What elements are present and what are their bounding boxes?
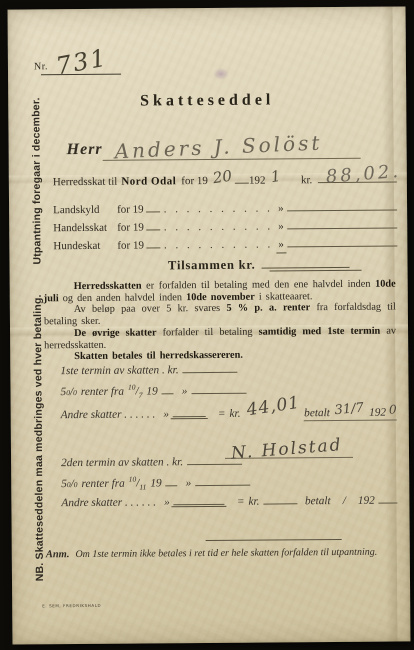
for-year-label: for 19 xyxy=(117,204,144,216)
termin1-section: 1ste termin av skatten . kr. 50/0 renter… xyxy=(60,361,396,424)
printer-imprint: E. SEM, FREDRIKSHALD xyxy=(42,603,101,608)
amount-line xyxy=(287,215,398,230)
tax-table: Herredsskat til Nord Odal for 19 20 192 … xyxy=(53,169,398,275)
date-slash: / xyxy=(343,495,346,507)
termin2-interest-line: 50/0 renter fra 10/11 19 » xyxy=(61,473,397,496)
for-year-label: for 19 xyxy=(117,222,144,234)
anm-label: Anm. xyxy=(46,549,70,560)
paragraph-interest: Av beløp paa over 5 kr. svares 5 % p. a.… xyxy=(44,302,396,328)
tax-label: Landskyld xyxy=(53,204,117,217)
blank-line xyxy=(263,493,297,504)
tax-row-herredsskat: Herredsskat til Nord Odal for 19 20 192 … xyxy=(53,169,397,200)
recipient-row: Herr Anders J. Solöst xyxy=(66,129,368,163)
bold-samtidig: samtidig med 1ste termin xyxy=(259,325,381,337)
conditions-text: Herredsskatten er forfalden til betaling… xyxy=(44,279,397,364)
municipality-name: Nord Odal xyxy=(121,175,176,187)
for-year-label: for 19 xyxy=(181,175,208,187)
termin2-line1: 2den termin av skatten . kr. xyxy=(61,453,397,476)
signature-line-empty xyxy=(206,525,342,541)
termin1-interest-line: 50/0 renter fra 10/7 19 » xyxy=(60,381,396,404)
blank-line xyxy=(162,383,174,394)
amount-handwritten: 88,02. xyxy=(326,161,403,188)
total-row: Tilsammen kr. xyxy=(53,257,397,275)
bold-10de-november: 10de november xyxy=(186,291,255,303)
termin1-andre-line: Andre skatter . . . . . . » = kr. 44,01 … xyxy=(61,401,397,424)
tax-document-paper: NB. Skatteseddelen maa medbringes ved hv… xyxy=(8,6,411,644)
blank-line xyxy=(379,493,398,504)
tax-label: Herredsskat til xyxy=(53,176,118,189)
bold-renter: 5 % p. a. renter xyxy=(226,303,310,315)
ditto-mark: » xyxy=(278,238,284,250)
total-label: Tilsammen kr. xyxy=(168,258,256,274)
bold-herredsskatten: Herredsskatten xyxy=(74,281,142,293)
ditto-mark: » xyxy=(182,385,188,397)
tax-label: Hundeskat xyxy=(53,240,117,253)
margin-note-utpantning: Utpantning foregaar i december. xyxy=(30,97,43,264)
ditto-mark: » xyxy=(164,496,170,508)
dotted-leader: . . . . . . . . . . . . . . xyxy=(164,238,275,251)
ink-smudge xyxy=(213,68,229,80)
blank-line xyxy=(195,474,250,485)
year-blank-line xyxy=(146,237,160,248)
termin1-year-handwritten: 0 xyxy=(389,403,397,417)
termin1-date-handwritten: 31/7 xyxy=(334,401,364,419)
termin2-label: 2den termin av skatten . kr. xyxy=(61,456,183,469)
for-year-label: for 19 xyxy=(117,240,144,252)
bold-betales: Skatten betales til herredskassereren. xyxy=(74,350,243,362)
blank-line xyxy=(166,475,178,486)
year1-handwritten: 20 xyxy=(212,167,234,188)
andre-skatter-label: Andre skatter . . . . . . xyxy=(61,408,156,421)
blank-line-double xyxy=(174,494,225,505)
termin1-paid-zone: betalt 31/7 192 0 xyxy=(304,405,397,422)
year-blank-line xyxy=(146,219,160,230)
photo-background: NB. Skatteseddelen maa medbringes ved hv… xyxy=(0,0,414,650)
betalt-label: betalt xyxy=(304,407,330,419)
betalt-label: betalt xyxy=(305,495,331,507)
ditto-mark: » xyxy=(186,477,192,489)
year2-handwritten: 1 xyxy=(269,167,281,186)
blank-line xyxy=(187,454,242,465)
doc-number-block: Nr. 731 xyxy=(34,41,130,78)
year-blank-line xyxy=(146,201,160,212)
dotted-leader: . . . . . . . . . . . . . . xyxy=(164,220,275,233)
salutation-label: Herr xyxy=(67,141,103,159)
andre-skatter-label: Andre skatter . . . . . . xyxy=(61,496,156,509)
ditto-mark: » xyxy=(163,408,169,420)
blank-line xyxy=(183,362,238,373)
year-blank-line xyxy=(235,173,249,184)
year2-label: 192 xyxy=(249,175,266,187)
paragraph-other-taxes: De øvrige skatter forfalder til betaling… xyxy=(44,325,396,351)
termin1-label: 1ste termin av skatten . kr. xyxy=(60,364,178,377)
total-amount-line xyxy=(261,257,349,269)
blank-line-double xyxy=(173,406,206,417)
amount-line xyxy=(287,197,398,212)
amount-line: 88,02. xyxy=(318,169,397,184)
tax-label: Handelsskat xyxy=(53,222,117,235)
bold-ovrige-skatter: De øvrige skatter xyxy=(74,327,157,339)
ditto-mark: » xyxy=(278,202,284,214)
doc-number-label: Nr. xyxy=(34,61,48,72)
dotted-leader: . . . . . . . . . . . . . . xyxy=(164,202,275,215)
termin2-section: 2den termin av skatten . kr. 50/0 renter… xyxy=(61,453,397,516)
amount-line xyxy=(287,233,398,248)
ditto-mark: » xyxy=(278,220,284,232)
tax-row-hundeskat: Hundeskat for 19 . . . . . . . . . . . .… xyxy=(53,233,397,254)
kr-label: kr. xyxy=(301,174,312,186)
doc-title: Skatteseddel xyxy=(8,90,406,111)
blank-line xyxy=(191,382,246,393)
termin1-line1: 1ste termin av skatten . kr. xyxy=(60,361,396,384)
termin2-andre-line: Andre skatter . . . . . . » = kr. betalt… xyxy=(61,493,397,516)
paragraph-due-dates: Herredsskatten er forfalden til betaling… xyxy=(44,279,396,305)
